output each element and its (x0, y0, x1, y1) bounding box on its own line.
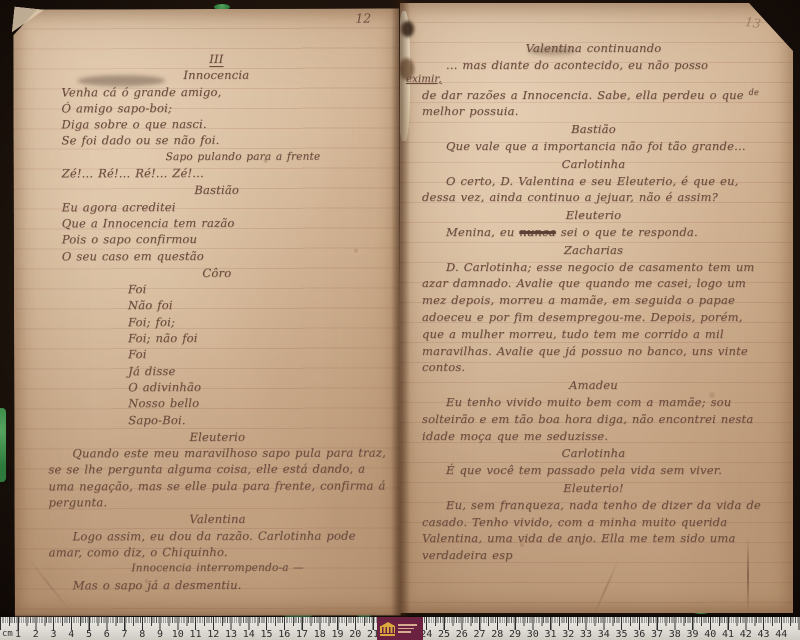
ruler-number: 36 (633, 629, 645, 640)
ruler-number: 6 (104, 629, 110, 640)
handwritten-text-left: IIIInnocenciaVenha cá ó grande amigo,Ó a… (47, 51, 386, 594)
ruler-number: 2 (33, 629, 39, 640)
text-fragment: Zé!... Ré!... Ré!... Zé!... (62, 166, 204, 180)
speaker-name: Valentina continuando (422, 40, 765, 57)
ruler-number: 37 (651, 629, 663, 640)
text-fragment: Nosso bello (128, 396, 199, 410)
manuscript-line: Foi (128, 346, 386, 363)
manuscript-line: O certo, D. Valentina e seu Eleuterio, é… (422, 173, 765, 207)
manuscript-line: Não foi (128, 297, 386, 314)
ruler-number: 41 (722, 629, 734, 640)
measurement-ruler: cm 1234567891011121314151617181920212425… (0, 617, 800, 640)
ruler-number: 25 (438, 629, 450, 640)
manuscript-line: ... mas diante do acontecido, eu não pos… (422, 57, 765, 74)
text-fragment: Menina, eu (446, 225, 519, 239)
ruler-number: 32 (562, 629, 574, 640)
ruler-number: 7 (121, 629, 127, 640)
manuscript-line: Quando este meu maravilhoso sapo pula pa… (48, 445, 386, 511)
text-fragment: D. Carlotinha; esse negocio de casamento… (422, 260, 755, 375)
text-fragment: Que vale que a importancia não foi tão g… (446, 139, 746, 153)
dark-stain (401, 21, 414, 37)
ruler-number: 4 (68, 629, 74, 640)
text-fragment: de dar razões a Innocencia. Sabe, ella p… (422, 88, 749, 102)
speaker-name: Eleuterio (422, 207, 765, 224)
page-number: 13 (744, 14, 762, 31)
text-fragment: Carlotinha (562, 157, 626, 171)
text-fragment: III (209, 52, 223, 66)
manuscript-line: Innocencia (47, 67, 385, 84)
speaker-name: Côro (48, 264, 386, 281)
speaker-name: Valentina (49, 511, 387, 528)
text-fragment: Pois o sapo confirmou (62, 232, 197, 246)
badge-text-lines (398, 624, 417, 633)
text-fragment: Bastião (571, 122, 616, 136)
paper-crease (593, 560, 619, 616)
text-fragment: ... mas diante do acontecido, eu não pos… (446, 58, 708, 72)
ruler-number: 38 (669, 629, 681, 640)
ruler-number: 33 (580, 629, 592, 640)
ruler-number: 28 (491, 629, 503, 640)
manuscript-line: Sapo pulando para a frente (166, 148, 386, 165)
text-fragment: Bastião (194, 183, 239, 197)
ruler-number: 42 (740, 629, 752, 640)
text-fragment: Foi; foi; (128, 315, 175, 329)
manuscript-line: Foi; não foi (128, 330, 386, 347)
ruler-number: 12 (207, 629, 219, 640)
text-fragment: Venha cá ó grande amigo, (61, 85, 221, 99)
ruler-number: 11 (189, 629, 201, 640)
speaker-name: Carlotinha (422, 156, 765, 173)
text-fragment: Foi; não foi (128, 331, 198, 345)
speaker-name: Bastião (422, 121, 765, 138)
speaker-name: Amadeu (422, 377, 765, 394)
manuscript-line: Foi (128, 281, 386, 298)
ruler-number: 44 (775, 629, 787, 640)
text-fragment: Eleuterio (189, 430, 245, 444)
text-fragment: Zacharias (564, 243, 623, 257)
text-fragment: Foi (128, 348, 147, 362)
handwritten-text-right: Valentina continuando... mas diante do a… (422, 39, 765, 564)
text-fragment: Côro (202, 266, 231, 280)
ruler-number: 17 (296, 629, 308, 640)
text-fragment: Valentina (189, 512, 245, 526)
text-fragment: Se foi dado ou se não foi. (62, 133, 220, 147)
ruler-number: 15 (260, 629, 272, 640)
manuscript-line: Logo assim, eu dou da razão. Carlotinha … (49, 527, 387, 560)
ruler-number: 3 (50, 629, 56, 640)
text-fragment: O adivinhão (128, 380, 201, 394)
text-fragment: Quando este meu maravilhoso sapo pula pa… (48, 446, 386, 510)
text-fragment: Sapo pulando para a frente (166, 150, 321, 162)
text-fragment: Logo assim, eu dou da razão. Carlotinha … (49, 528, 356, 559)
manuscript-line: D. Carlotinha; esse negocio de casamento… (422, 259, 765, 377)
speaker-name: Zacharias (422, 242, 765, 259)
manuscript-line: III (47, 51, 385, 68)
manuscript-line: Que a Innocencia tem razão (62, 215, 386, 232)
text-fragment: Carlotinha (562, 446, 626, 460)
text-fragment: Valentina continuando (526, 41, 662, 55)
text-fragment: Que a Innocencia tem razão (62, 216, 235, 230)
speaker-name: Carlotinha (422, 445, 765, 462)
text-fragment: sei o que te responda. (556, 225, 698, 239)
ruler-number: 16 (278, 629, 290, 640)
ruler-number: 8 (139, 629, 145, 640)
text-fragment: Innocencia interrompendo-a — (131, 562, 304, 574)
text-fragment: Amadeu (569, 378, 618, 392)
text-fragment: Foi (128, 282, 147, 296)
manuscript-line: eximir, (406, 74, 765, 85)
text-fragment: Eleuterio! (563, 481, 623, 495)
speaker-name: Eleuterio (48, 428, 386, 445)
struck-word: nunca (519, 225, 556, 239)
text-fragment: Ó amigo sapo-boi; (61, 101, 172, 115)
manuscript-line: Eu, sem franqueza, nada tenho de dizer d… (422, 497, 765, 564)
text-fragment: Eu agora acreditei (62, 200, 176, 214)
green-cloth-peek (0, 408, 6, 482)
text-fragment: Eu tenho vivido muito bem com a mamãe; s… (422, 395, 753, 443)
text-fragment: Innocencia (183, 68, 249, 82)
ruler-number: 29 (509, 629, 521, 640)
manuscript-page-left: 12 IIIInnocenciaVenha cá ó grande amigo,… (13, 8, 401, 616)
text-fragment: É que você tem passado pela vida sem viv… (446, 463, 722, 477)
ruler-number: 30 (527, 629, 539, 640)
text-fragment: eximir, (406, 74, 442, 85)
building-icon (380, 622, 395, 635)
ruler-number: 26 (456, 629, 468, 640)
text-fragment: O seu caso em questão (62, 249, 204, 263)
page-number: 12 (355, 11, 371, 26)
ruler-number: 39 (686, 629, 698, 640)
speaker-name: Eleuterio! (422, 480, 765, 497)
text-fragment: Mas o sapo já a desmentiu. (73, 577, 242, 591)
text-fragment: Sapo-Boi. (128, 413, 185, 427)
speaker-name: Bastião (48, 182, 386, 199)
text-fragment: O certo, D. Valentina e seu Eleuterio, é… (422, 174, 739, 205)
ruler-number: 9 (157, 629, 163, 640)
manuscript-line: Sapo-Boi. (128, 411, 386, 428)
manuscript-line: Mas o sapo já a desmentiu. (49, 576, 387, 593)
ruler-number: 10 (172, 629, 184, 640)
manuscript-line: Diga sobre o que nasci. (61, 116, 385, 133)
manuscript-line: É que você tem passado pela vida sem viv… (422, 462, 765, 479)
text-fragment: Diga sobre o que nasci. (61, 117, 206, 131)
manuscript-page-right: 13 Valentina continuando... mas diante d… (400, 3, 793, 613)
text-fragment: Não foi (128, 299, 173, 313)
manuscript-line: Já disse (128, 362, 386, 379)
archive-logo-badge (377, 617, 423, 640)
inserted-word: de (749, 88, 759, 97)
manuscript-line: Zé!... Ré!... Ré!... Zé!... (62, 165, 386, 182)
manuscript-line: Foi; foi; (128, 313, 386, 330)
manuscript-line: de dar razões a Innocencia. Sabe, ella p… (422, 85, 765, 121)
ruler-number: 31 (544, 629, 556, 640)
ruler-number: 40 (704, 629, 716, 640)
manuscript-line: Pois o sapo confirmou (62, 231, 386, 248)
text-fragment: Já disse (128, 364, 175, 378)
ruler-number: 20 (349, 629, 361, 640)
text-fragment: melhor possuia. (422, 104, 519, 118)
manuscript-line: Se foi dado ou se não foi. (62, 132, 386, 149)
manuscript-line: Eu agora acreditei (62, 198, 386, 215)
ruler-number: 1 (15, 629, 21, 640)
manuscript-line: Eu tenho vivido muito bem com a mamãe; s… (422, 394, 765, 444)
ruler-number: 18 (314, 629, 326, 640)
ruler-number: 13 (225, 629, 237, 640)
ruler-number: 27 (473, 629, 485, 640)
text-fragment: Eu, sem franqueza, nada tenho de dizer d… (422, 498, 761, 562)
ruler-number: 5 (86, 629, 92, 640)
manuscript-line: Ó amigo sapo-boi; (61, 99, 385, 116)
manuscript-line: Menina, eu nunca sei o que te responda. (422, 224, 765, 241)
ruler-number: 43 (757, 629, 769, 640)
ruler-number: 34 (598, 629, 610, 640)
manuscript-line: O seu caso em questão (62, 247, 386, 264)
manuscript-line: Venha cá ó grande amigo, (61, 83, 385, 100)
ruler-number: 35 (615, 629, 627, 640)
ruler-number: 19 (331, 629, 343, 640)
manuscript-photo: 12 IIIInnocenciaVenha cá ó grande amigo,… (0, 0, 800, 640)
manuscript-line: Nosso bello (128, 395, 386, 412)
manuscript-line: O adivinhão (128, 378, 386, 395)
ruler-number: 14 (243, 629, 255, 640)
manuscript-line: Innocencia interrompendo-a — (49, 560, 387, 577)
text-fragment: Eleuterio (566, 208, 622, 222)
manuscript-line: Que vale que a importancia não foi tão g… (422, 138, 765, 155)
